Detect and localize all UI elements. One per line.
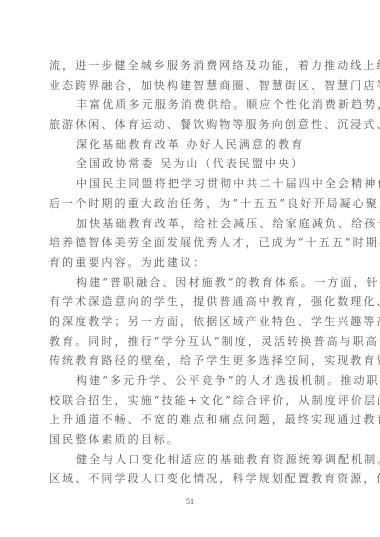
text-line: 培养德智体美劳全面发展优秀人才，已成为“十五五”时期办好人民满意教: [49, 233, 335, 253]
text-line: 的深度教学；另一方面，依据区域产业特色、学生兴趣等高质量发展职业: [49, 312, 335, 332]
text-line: 流，进一步健全城乡服务消费网络及功能，着力推动线上线下深度融合与: [49, 56, 335, 76]
text-line: 深化基础教育改革 办好人民满意的教育: [49, 135, 335, 155]
text-line: 全国政协常委 吴为山（代表民盟中央）: [49, 154, 335, 174]
text-line: 丰富优质多元服务消费供给。顺应个性化消费新趋势，引导文化娱乐、: [49, 95, 335, 115]
text-line: 上升通道不畅、不宽的难点和痛点问题，最终实现通过教育体系改革提升: [49, 410, 335, 430]
text-line: 育的重要内容。为此建议：: [49, 253, 335, 273]
body-text: 流，进一步健全城乡服务消费网络及功能，着力推动线上线下深度融合与业态跨界融合，加…: [49, 56, 335, 489]
text-line: 健全与人口变化相适应的基础教育资源统筹调配机制。前瞻研判不同: [49, 450, 335, 470]
text-line: 后一个时期的重大政治任务，为“十五五”良好开局凝心聚力、作出贡献。: [49, 194, 335, 214]
text-line: 加快基础教育改革，给社会减压、给家庭减负、给孩子松绑、为国家: [49, 214, 335, 234]
text-line: 传统教育路径的壁垒，给予学生更多选择空间，实现教育资源的高效利用。: [49, 351, 335, 371]
text-line: 中国民主同盟将把学习贯彻中共二十届四中全会精神作为当前和今: [49, 174, 335, 194]
text-line: 国民整体素质的目标。: [49, 430, 335, 450]
text-line: 校联合招生，实施“技能+文化”综合评价，从制度评价层面清除职业教育: [49, 391, 335, 411]
text-line: 业态跨界融合，加快构建智慧商圈、智慧街区、智慧门店等消费新场景。: [49, 76, 335, 96]
text-line: 有学术深造意向的学生，提供普通高中教育，强化数理化、文史哲等学科: [49, 292, 335, 312]
page-number: 51: [183, 497, 197, 506]
text-line: 构建“多元升学、公平竞争”的人才选拔机制。推动职业院校与普通高: [49, 371, 335, 391]
text-line: 区域、不同学段人口变化情况，科学规划配置教育资源，保障普惠性资源: [49, 469, 335, 489]
text-line: 构建“普职融合、因材施教”的教育体系。一方面，针对文化基础扎实、: [49, 273, 335, 293]
text-line: 教育。同时，推行“学分互认”制度，灵活转换普高与职高课程学分，打破: [49, 332, 335, 352]
document-page: 流，进一步健全城乡服务消费网络及功能，着力推动线上线下深度融合与业态跨界融合，加…: [0, 0, 380, 537]
text-line: 旅游休闲、体育运动、餐饮购物等服务向创意性、沉浸式、定制化发展。: [49, 115, 335, 135]
